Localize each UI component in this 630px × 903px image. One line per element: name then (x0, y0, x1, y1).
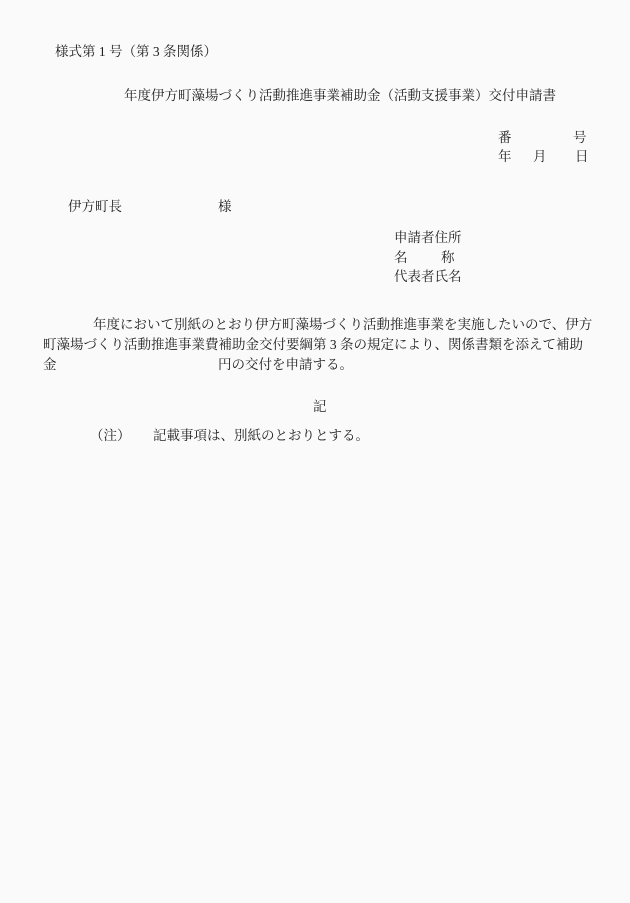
date-month-label: 月 (533, 150, 547, 164)
applicant-name-label-left: 名 (394, 251, 408, 265)
body-paragraph-line-3-prefix: 金 (43, 358, 57, 372)
form-number: 様式第 1 号（第 3 条関係） (55, 45, 217, 59)
application-form-page: 様式第 1 号（第 3 条関係） 年度伊方町藻場づくり活動推進事業補助金（活動支… (0, 0, 630, 903)
note-text: 記載事項は、別紙のとおりとする。 (153, 429, 369, 443)
addressee-honorific: 様 (218, 200, 232, 214)
reference-number-label: 番 (498, 131, 512, 145)
record-marker: 記 (313, 400, 327, 414)
note-label: （注） (90, 429, 131, 443)
date-day-label: 日 (575, 150, 589, 164)
applicant-address-label: 申請者住所 (394, 231, 462, 245)
date-year-label: 年 (498, 150, 512, 164)
applicant-representative-label: 代表者氏名 (394, 270, 462, 284)
body-paragraph-line-1: 年度において別紙のとおり伊方町藻場づくり活動推進事業を実施したいので、伊方 (93, 318, 592, 332)
applicant-name-label-right: 称 (441, 251, 455, 265)
addressee-title: 伊方町長 (68, 200, 122, 214)
body-paragraph-line-2: 町藻場づくり活動推進事業費補助金交付要綱第 3 条の規定により、関係書類を添えて… (43, 338, 583, 352)
document-title: 年度伊方町藻場づくり活動推進事業補助金（活動支援事業）交付申請書 (124, 89, 556, 103)
reference-number-unit: 号 (573, 131, 587, 145)
body-paragraph-line-3-suffix: 円の交付を申請する。 (218, 358, 353, 372)
